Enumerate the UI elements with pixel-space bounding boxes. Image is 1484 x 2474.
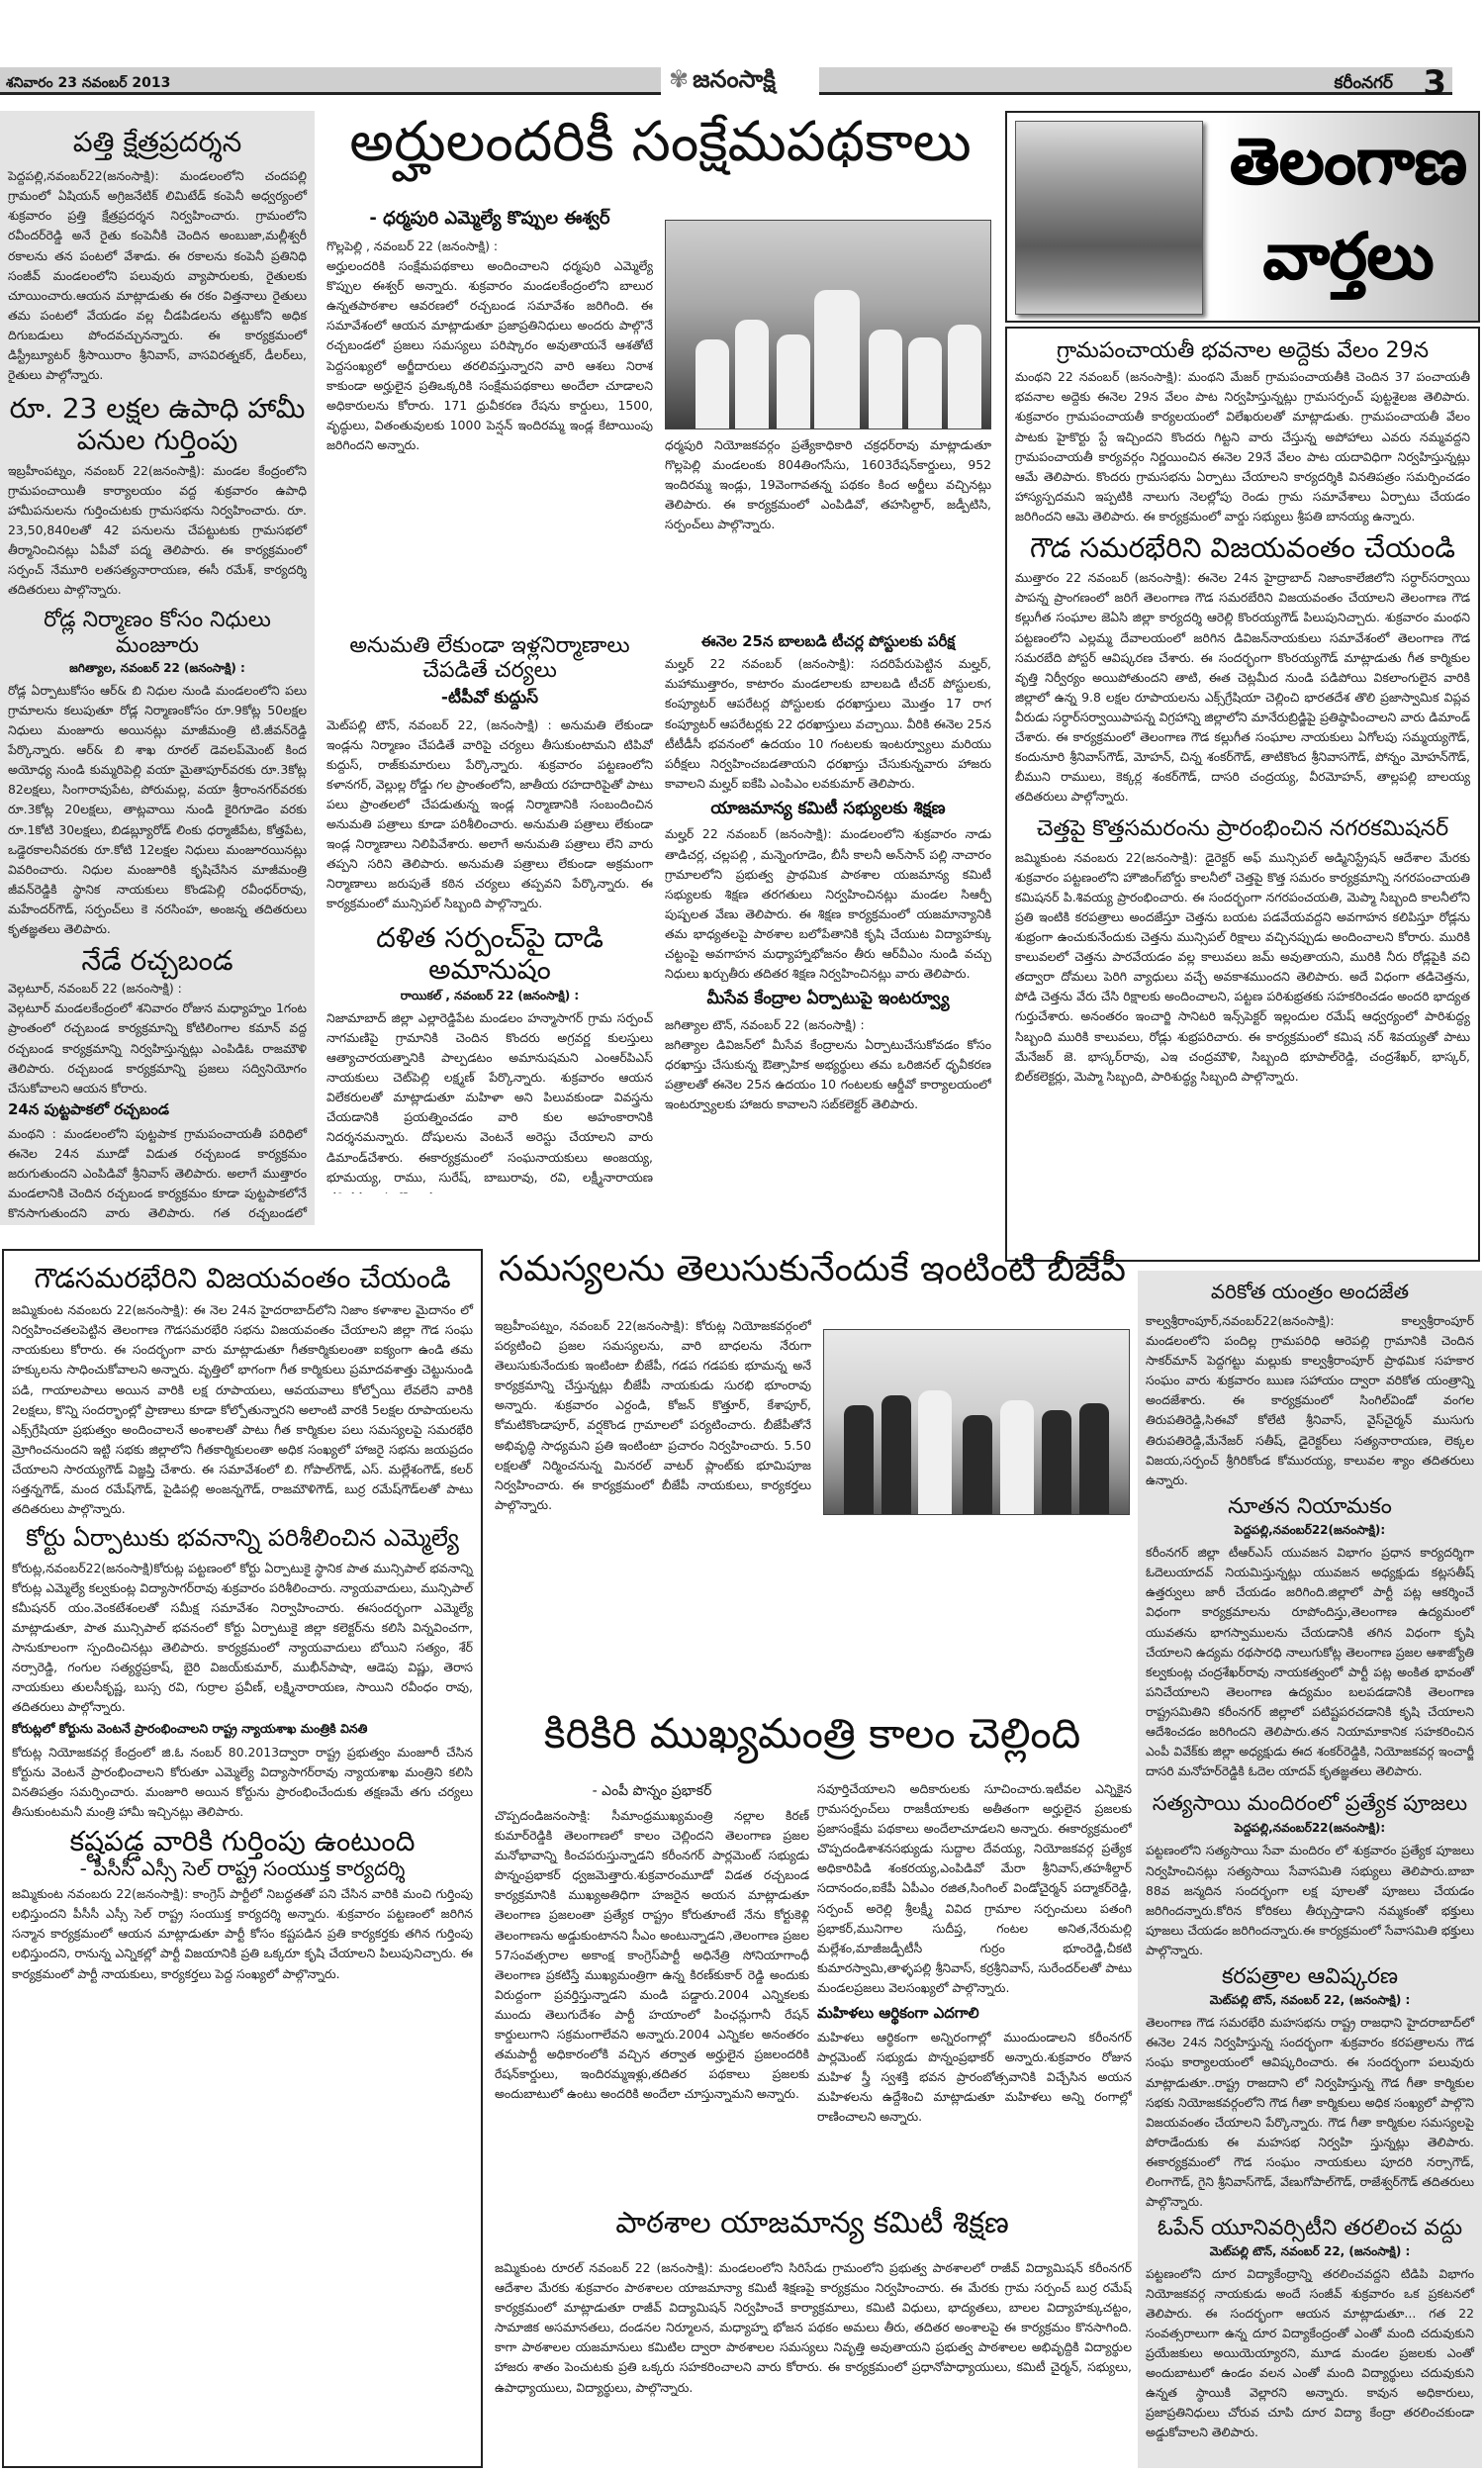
subheadline: మహిళలు ఆర్థికంగా ఎదగాలి <box>817 2004 1132 2026</box>
article-body: రోడ్ల ఏర్పాటుకోసం ఆర్& బి నిధుల నుండి మం… <box>8 681 307 939</box>
kirikiri-headline-area: కిరికిరి ముఖ్యమంత్రి కాలం చెల్లింది <box>491 1710 1134 1775</box>
dateline: రాయికల్ , నవంబర్ 22 (జనంసాక్షి) : <box>326 989 653 1005</box>
lead-story-headline-area: అర్హులందరికీ సంక్షేమపథకాలు <box>326 111 994 200</box>
headline: గౌడ సమరభేరిని విజయవంతం చేయండి <box>1015 532 1470 564</box>
dateline: మెట్‌పల్లి టౌన్, నవంబర్ 22, (జనంసాక్షి) … <box>1146 1993 1474 2010</box>
logo-text: జనంసాక్షి <box>693 65 776 93</box>
article-body: పట్టణంలోని సత్యసాయి సేవా మందిరం లో శుక్ర… <box>1146 1841 1474 1960</box>
headline: రూ. 23 లక్షల ఉపాధి హామీ పనుల గుర్తింపు <box>8 393 307 456</box>
headline: సత్యసాయి మందిరంలో ప్రత్యేక పూజలు <box>1146 1791 1474 1815</box>
headline: పత్తి క్షేత్రప్రదర్శన <box>8 127 307 158</box>
article-body: చొప్పదండిజనంసాక్షి: సీమాంధ్రముఖ్యమంత్రి … <box>495 1806 809 2104</box>
subheadline: - ఎంపీ పొన్నం ప్రభాకర్ <box>495 1783 809 1802</box>
headline: రోడ్ల నిర్మాణం కోసం నిధులు మంజూరు <box>8 608 307 658</box>
center-right-column: ఈనెల 25న బాలబడి టీచర్ల పోస్టులకు పరీక్ష … <box>665 629 991 1193</box>
fort-photo <box>1015 121 1203 315</box>
dateline: మెట్‌పల్లి టౌన్, నవంబర్ 22, (జనంసాక్షి) … <box>1146 2244 1474 2261</box>
headline: కష్టపడ్డ వారికి గుర్తింపు ఉంటుంది <box>12 1826 473 1857</box>
article-body: పట్టణంలోని దూర విద్యాకేంద్రాన్ని తరలించవ… <box>1146 2264 1474 2443</box>
article-body: మెట్‌పల్లి టౌన్, నవంబర్ 22, (జనంసాక్షి) … <box>326 715 653 914</box>
headline: గ్రామపంచాయతీ భవనాల అద్దెకు వేలం 29న <box>1015 338 1470 363</box>
headline: గౌడసమరభేరిని విజయవంతం చేయండి <box>12 1263 473 1294</box>
article-body: కోరుట్ల,నవంబర్22(జనంసాక్షి)కోరుట్ల పట్టణ… <box>12 1559 473 1718</box>
subheadline: - పీసీసీ ఎస్సీ సెల్ రాష్ట్ర సంయుక్త కార్… <box>12 1857 473 1880</box>
bottom-left-box: గౌడసమరభేరిని విజయవంతం చేయండి జమ్మికుంట న… <box>2 1249 483 2468</box>
headline: పాఠశాల యాజమాన్య కమిటీ శిక్షణ <box>491 2207 1134 2241</box>
article-body-2: కోరుట్ల నియోజకవర్గ కేంద్రంలో జి.ఓ నంబర్ … <box>12 1743 473 1822</box>
bjp-headline-area: సమస్యలను తెలుసుకునేందుకే ఇంటింటి బీజేపీ <box>491 1249 1134 1308</box>
headline: యాజమాన్య కమిటీ సభ్యులకు శిక్షణ <box>665 800 991 819</box>
article-body: తెలంగాణ గౌడ సమరభేరి మహసభను రాష్ట్ర రాజధా… <box>1146 2013 1474 2212</box>
article-body: జమ్మికుంట నవంబరు 22(జనంసాక్షి): కాంగ్రెస… <box>12 1884 473 1983</box>
masthead: శనివారం 23 నవంబర్ 2013 ✾జనంసాక్షి కరీంనగ… <box>0 65 1484 101</box>
dateline: వెల్గటూర్, నవంబర్ 22 (జనంసాక్షి) : <box>8 979 307 999</box>
telangana-map-icon: ✾ <box>669 65 689 93</box>
headline: నేడే రచ్చబండ <box>8 945 307 977</box>
section-title-line-1: తెలంగాణ <box>1220 115 1477 210</box>
edition-city: కరీంనగర్ <box>1335 73 1394 97</box>
masthead-bar-right: కరీంనగర్ 3 <box>819 67 1452 95</box>
page-number: 3 <box>1423 65 1446 101</box>
lead-body-right: ధర్మపురి నియోజకవర్గం ప్రత్యేకాధికారి చక్… <box>665 435 991 534</box>
section-title: తెలంగాణ వార్తలు <box>1220 115 1477 305</box>
article-road-funds: రోడ్ల నిర్మాణం కోసం నిధులు మంజూరు జగిత్య… <box>8 608 307 939</box>
lead-subheadline: - ధర్మపురి ఎమ్మెల్యే కొప్పుల ఈశ్వర్ <box>326 208 653 233</box>
article-body-2: మహిళలు ఆర్థికంగా అన్నిరంగాల్లో ముందుండాల… <box>817 2028 1132 2127</box>
kirikiri-right-column: సవూర్తిచేయాలని అదికారులకు సూచించారు.ఇటీవ… <box>817 1779 1132 2254</box>
dateline: పెద్దపల్లి,నవంబర్22(జనంసాక్షి): <box>1146 1523 1474 1540</box>
issue-date: శనివారం 23 నవంబర్ 2013 <box>6 75 170 94</box>
lead-story-left: - ధర్మపురి ఎమ్మెల్యే కొప్పుల ఈశ్వర్ గొల్… <box>326 204 653 619</box>
dateline: పెద్దపల్లి,నవంబర్22(జనంసాక్షి): <box>1146 1821 1474 1838</box>
lead-headline: అర్హులందరికీ సంక్షేమపథకాలు <box>326 111 994 174</box>
article-body: మంథని 22 నవంబర్ (జనంసాక్షి): మంథని మేజర్… <box>1015 367 1470 526</box>
dateline: జగిత్యాల టౌన్, నవంబర్ 22 (జనంసాక్షి) : <box>665 1015 991 1035</box>
article-body: కాల్వశ్రీరాంపూర్,నవంబర్22(జనంసాక్షి): కా… <box>1146 1311 1474 1490</box>
headline: నూతన నియామకం <box>1146 1494 1474 1519</box>
newspaper-logo: ✾జనంసాక్షి <box>669 65 776 99</box>
article-employment-works: రూ. 23 లక్షల ఉపాధి హామీ పనుల గుర్తింపు ఇ… <box>8 393 307 600</box>
headline: కరపత్రాల ఆవిష్కరణ <box>1146 1964 1474 1989</box>
article-body: జమ్మికుంట నవంబరు 22(జనంసాక్షి): డైరెక్టర… <box>1015 848 1470 1087</box>
article-body: మల్హర్ 22 నవంబర్ (జనంసాక్షి): మండలంలోని … <box>665 824 991 984</box>
masthead-bar-left: శనివారం 23 నవంబర్ 2013 <box>0 67 661 95</box>
headline: చెత్తపై కొత్తసమరంను ప్రారంభించిన నగరకమిష… <box>1015 816 1470 841</box>
article-body-2: మంథని : మండలంలోని పుట్టపాక గ్రామపంచాయతీ … <box>8 1124 307 1225</box>
bjp-article-body: ఇబ్రహీంపట్నం, నవంబర్ 22(జనంసాక్షి): కోరు… <box>495 1316 811 1702</box>
bottom-right-column: వరికోత యంత్రం అందజేత కాల్వశ్రీరాంపూర్,నవ… <box>1138 1271 1482 2468</box>
bjp-photo <box>823 1329 1130 1515</box>
subheadline: 24న పుట్టపాకలో రచ్చబండ <box>8 1100 307 1122</box>
telangana-news-banner: తెలంగాణ వార్తలు <box>1005 111 1480 323</box>
dateline: జగిత్యాల, నవంబర్ 22 (జనంసాక్షి) : <box>8 661 307 678</box>
school-committee-body: జమ్మికుంట రూరల్ నవంబర్ 22 (జనంసాక్షి): మ… <box>495 2258 1132 2468</box>
article-body: ముత్తారం 22 నవంబర్ (జనంసాక్షి): ఈనెల 24న… <box>1015 568 1470 807</box>
article-body-right: సవూర్తిచేయాలని అదికారులకు సూచించారు.ఇటీవ… <box>817 1779 1132 1998</box>
article-body: వెల్గటూర్ మండలకేంద్రంలో శనివారం రోజున మధ… <box>8 999 307 1097</box>
school-committee-headline-area: పాఠశాల యాజమాన్య కమిటీ శిక్షణ <box>491 2207 1134 2256</box>
center-left-column: అనుమతి లేకుండా ఇళ్లనిర్మాణాలు చేపడితే చర… <box>326 629 653 1193</box>
article-body: ఇబ్రహీంపట్నం, నవంబర్ 22(జనంసాక్షి): మండల… <box>8 461 307 601</box>
left-column: పత్తి క్షేత్రప్రదర్శన పెద్దపల్లి,నవంబర్2… <box>0 111 315 1225</box>
headline: కిరికిరి ముఖ్యమంత్రి కాలం చెల్లింది <box>491 1710 1134 1758</box>
article-rachabanda-today: నేడే రచ్చబండ వెల్గటూర్, నవంబర్ 22 (జనంసా… <box>8 945 307 1225</box>
headline: దళిత సర్పంచ్‌పై దాడి అమానుషం <box>326 922 653 986</box>
headline: ఈనెల 25న బాలబడి టీచర్ల పోస్టులకు పరీక్ష <box>665 633 991 650</box>
subheadline: కోరుట్లలో కోర్టును వెంటనే ప్రారంభించాలని… <box>12 1721 473 1740</box>
headline: ఓపేన్ యూనివర్సిటీని తరలించ వద్దు <box>1146 2216 1474 2240</box>
article-body: కరీంనగర్ జిల్లా టీఆర్‌ఎస్ యువజన విభాగం ప… <box>1146 1543 1474 1781</box>
article-body: మల్హర్ 22 నవంబర్ (జనంసాక్షి): సదరిపేరుపె… <box>665 654 991 794</box>
telangana-news-articles: గ్రామపంచాయతీ భవనాల అద్దెకు వేలం 29న మంథన… <box>1005 327 1480 1262</box>
kirikiri-left-column: - ఎంపీ పొన్నం ప్రభాకర్ చొప్పదండిజనంసాక్ష… <box>495 1779 809 2254</box>
lead-story-right: ధర్మపురి నియోజకవర్గం ప్రత్యేకాధికారి చక్… <box>665 435 991 623</box>
article-body: జగిత్యాల డివిజన్‌లో మీసేవ కేంద్రాలను ఏర్… <box>665 1035 991 1114</box>
headline: వరికోత యంత్రం అందజేత <box>1146 1281 1474 1303</box>
lead-dateline: గొల్లపెల్లి , నవంబర్ 22 (జనంసాక్షి) : <box>326 237 653 256</box>
article-body: జమ్మికుంట నవంబరు 22(జనంసాక్షి): ఈ నెల 24… <box>12 1300 473 1519</box>
headline: సమస్యలను తెలుసుకునేందుకే ఇంటింటి బీజేపీ <box>491 1249 1134 1289</box>
article-body: పెద్దపల్లి,నవంబర్22(జనంసాక్షి): మండలంలోన… <box>8 166 307 385</box>
article-body: నిజామాబాద్ జిల్లా ఎల్లారెడ్డిపేట మండలం హ… <box>326 1008 653 1193</box>
lead-photo <box>665 220 991 429</box>
article-body: ఇబ్రహీంపట్నం, నవంబర్ 22(జనంసాక్షి): కోరు… <box>495 1316 811 1515</box>
subheadline: -టీపీవో కుద్దుస్ <box>326 688 653 712</box>
headline: మీసేవ కేంద్రాల ఏర్పాటుపై ఇంటర్వ్యూ <box>665 990 991 1009</box>
headline: అనుమతి లేకుండా ఇళ్లనిర్మాణాలు చేపడితే చర… <box>326 633 653 684</box>
headline: కోర్టు ఏర్పాటుకు భవనాన్ని పరిశీలించిన ఎమ… <box>12 1525 473 1553</box>
lead-body: అర్హులందరికి సంక్షేమపథకాలు అందించాలని ధర… <box>326 256 653 455</box>
article-cotton-demo: పత్తి క్షేత్రప్రదర్శన పెద్దపల్లి,నవంబర్2… <box>8 127 307 385</box>
article-body: జమ్మికుంట రూరల్ నవంబర్ 22 (జనంసాక్షి): మ… <box>495 2258 1132 2398</box>
section-title-line-2: వార్తలు <box>1220 210 1477 305</box>
